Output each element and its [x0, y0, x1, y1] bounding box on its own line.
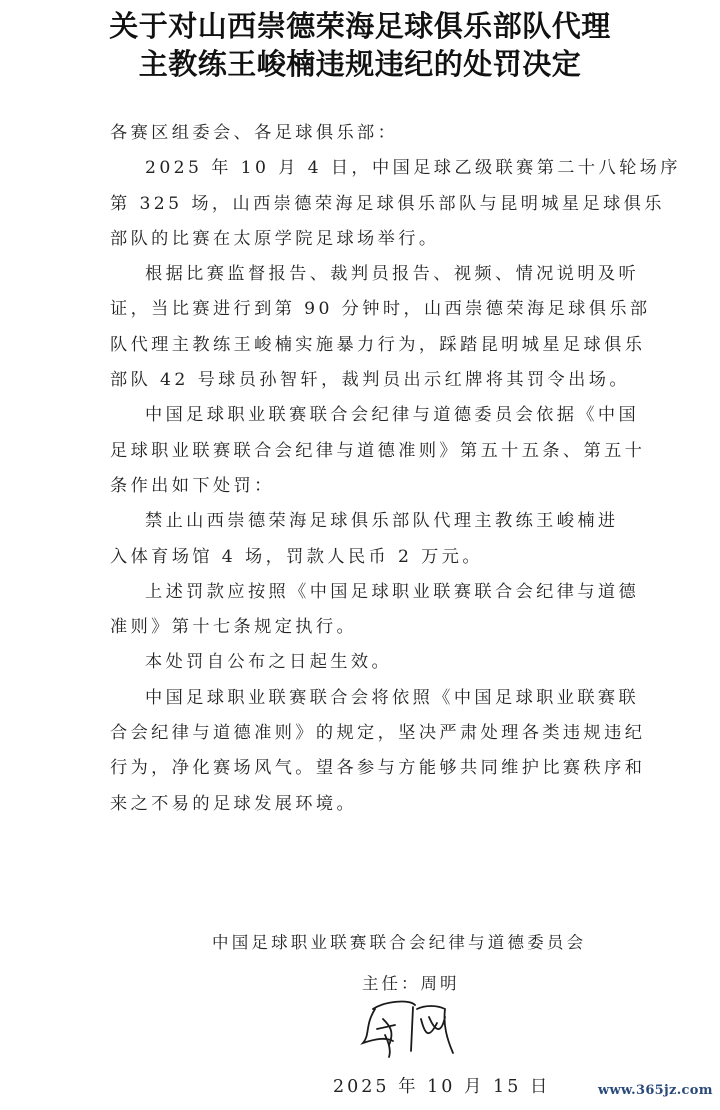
body-line: 证，当比赛进行到第 90 分钟时，山西崇德荣海足球俱乐部	[110, 292, 620, 327]
document-body: 各赛区组委会、各足球俱乐部：2025 年 10 月 4 日，中国足球乙级联赛第二…	[110, 116, 620, 822]
body-line: 条作出如下处罚：	[110, 469, 620, 504]
body-line: 中国足球职业联赛联合会将依照《中国足球职业联赛联	[110, 681, 620, 716]
body-line: 队代理主教练王峻楠实施暴力行为，踩踏昆明城星足球俱乐	[110, 328, 620, 363]
body-line: 部队 42 号球员孙智轩，裁判员出示红牌将其罚令出场。	[110, 363, 620, 398]
body-line: 入体育场馆 4 场，罚款人民币 2 万元。	[110, 540, 620, 575]
document-title-line-1: 关于对山西崇德荣海足球俱乐部队代理	[0, 4, 720, 45]
document-title-line-2: 主教练王峻楠违规违纪的处罚决定	[0, 42, 720, 83]
body-line: 中国足球职业联赛联合会纪律与道德委员会依据《中国	[110, 398, 620, 433]
body-line: 禁止山西崇德荣海足球俱乐部队代理主教练王峻楠进	[110, 504, 620, 539]
body-line: 足球职业联赛联合会纪律与道德准则》第五十五条、第五十	[110, 434, 620, 469]
body-line: 本处罚自公布之日起生效。	[110, 645, 620, 680]
body-line: 准则》第十七条规定执行。	[110, 610, 620, 645]
body-line: 第 325 场，山西崇德荣海足球俱乐部队与昆明城星足球俱乐	[110, 187, 620, 222]
signing-organization: 中国足球职业联赛联合会纪律与道德委员会	[212, 929, 586, 953]
signature-icon	[355, 995, 465, 1065]
body-line: 2025 年 10 月 4 日，中国足球乙级联赛第二十八轮场序	[110, 151, 620, 186]
body-line: 合会纪律与道德准则》的规定，坚决严肃处理各类违规违纪	[110, 716, 620, 751]
body-line: 上述罚款应按照《中国足球职业联赛联合会纪律与道德	[110, 575, 620, 610]
watermark: www.365jz.com	[598, 1083, 713, 1098]
body-line: 根据比赛监督报告、裁判员报告、视频、情况说明及听	[110, 257, 620, 292]
body-line: 行为，净化赛场风气。望各参与方能够共同维护比赛秩序和	[110, 751, 620, 786]
body-line: 来之不易的足球发展环境。	[110, 787, 620, 822]
decision-date: 2025 年 10 月 15 日	[333, 1073, 550, 1098]
body-line: 部队的比赛在太原学院足球场举行。	[110, 222, 620, 257]
committee-head: 主任：周明	[362, 970, 460, 994]
body-line: 各赛区组委会、各足球俱乐部：	[110, 116, 620, 151]
